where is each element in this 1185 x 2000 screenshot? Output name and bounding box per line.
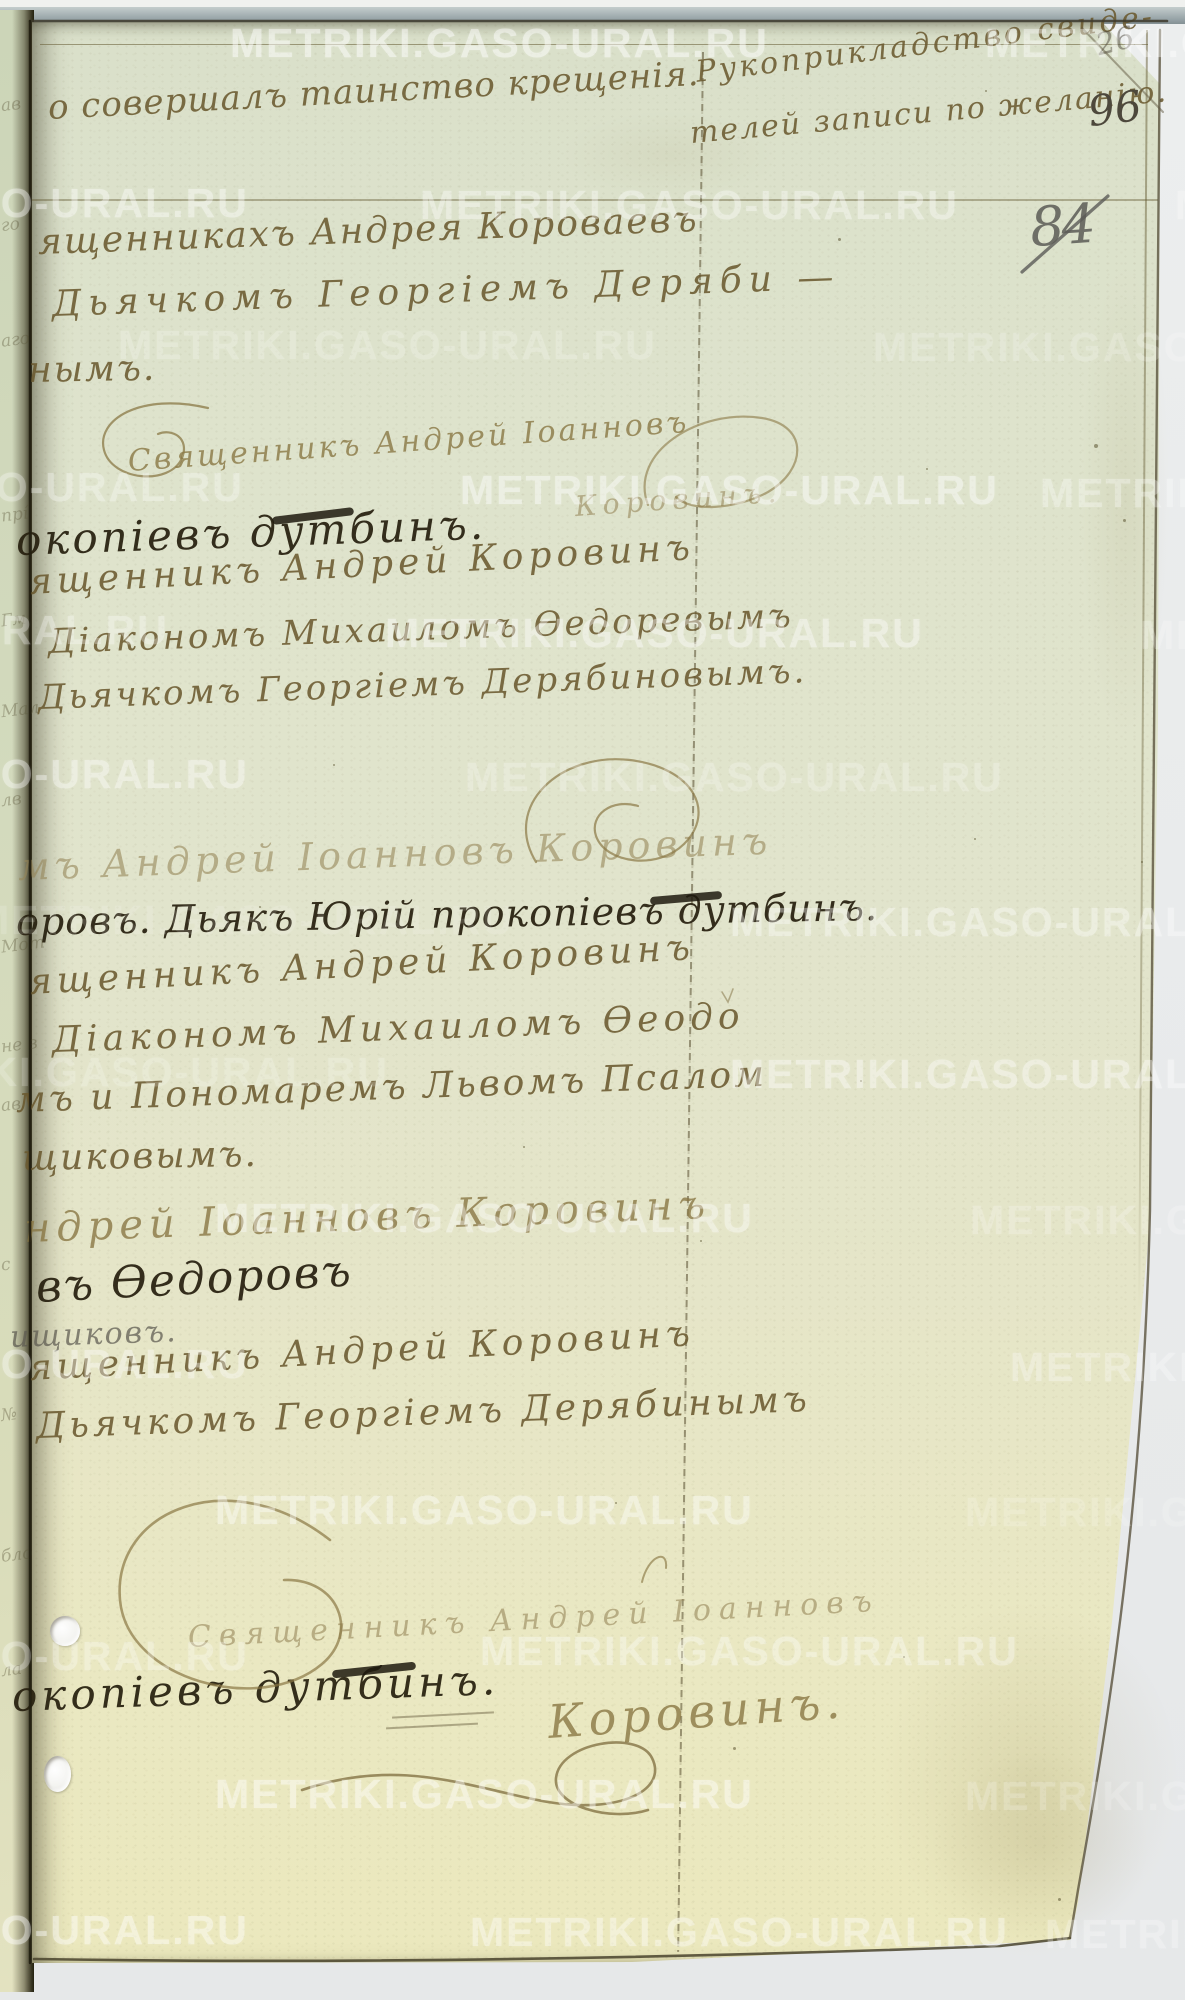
document-scan: о совершалъ таинство крещенія.Рукоприкла… (0, 0, 1185, 2000)
watermark-tile: METRIKI.GASO-URAL.RU (460, 467, 999, 514)
watermark-tile: METRIKI.GASO-URAL.RU (1175, 182, 1185, 229)
watermark-tile: METRIKI.GASO-URAL.RU (965, 1773, 1185, 1820)
watermark-tile: METRIKI.GASO-URAL.RU (970, 1197, 1185, 1244)
watermark-tile: METRIKI.GASO-URAL.RU (0, 1341, 249, 1388)
watermark-tile: METRIKI.GASO-URAL.RU (1040, 470, 1185, 517)
watermark-tile: METRIKI.GASO-URAL.RU (1010, 1344, 1185, 1391)
watermark-tile: METRIKI.GASO-URAL.RU (0, 897, 514, 944)
watermark-tile: METRIKI.GASO-URAL.RU (0, 1049, 389, 1096)
watermark-tile: METRIKI.GASO-URAL.RU (730, 1051, 1185, 1098)
watermark-tile: METRIKI.GASO-URAL.RU (0, 1907, 249, 1954)
watermark-tile: METRIKI.GASO-URAL.RU (215, 1195, 754, 1242)
watermark-tile: METRIKI.GASO-URAL.RU (0, 751, 249, 798)
watermark-tile: METRIKI.GASO-URAL.RU (1045, 1911, 1185, 1958)
watermark-tile: METRIKI.GASO-URAL.RU (730, 899, 1185, 946)
watermark-tile: METRIKI.GASO-URAL.RU (215, 1487, 754, 1534)
watermark-tile: METRIKI.GASO-URAL.RU (465, 754, 1004, 801)
watermark-tile: METRIKI.GASO-URAL.RU (230, 20, 769, 67)
watermark-layer: METRIKI.GASO-URAL.RUMETRIKI.GASO-URAL.RU… (0, 0, 1185, 2000)
watermark-tile: METRIKI.GASO-URAL.RU (470, 1909, 1009, 1956)
watermark-tile: METRIKI.GASO-URAL.RU (965, 1489, 1185, 1536)
watermark-tile: METRIKI.GASO-URAL.RU (0, 1633, 249, 1680)
watermark-tile: METRIKI.GASO-URAL.RU (480, 1628, 1019, 1675)
watermark-tile: METRIKI.GASO-URAL.RU (985, 20, 1185, 67)
watermark-tile: METRIKI.GASO-URAL.RU (873, 324, 1185, 371)
watermark-tile: METRIKI.GASO-URAL.RU (215, 1771, 754, 1818)
watermark-tile: METRIKI.GASO-URAL.RU (0, 607, 169, 654)
watermark-tile: METRIKI.GASO-URAL.RU (0, 180, 249, 227)
watermark-tile: METRIKI.GASO-URAL.RU (385, 610, 924, 657)
watermark-tile: METRIKI.GASO-URAL.RU (0, 464, 244, 511)
watermark-tile: METRIKI.GASO-URAL.RU (118, 322, 657, 369)
watermark-tile: METRIKI.GASO-URAL.RU (420, 182, 959, 229)
watermark-tile: METRIKI.GASO-URAL.RU (1140, 612, 1185, 659)
